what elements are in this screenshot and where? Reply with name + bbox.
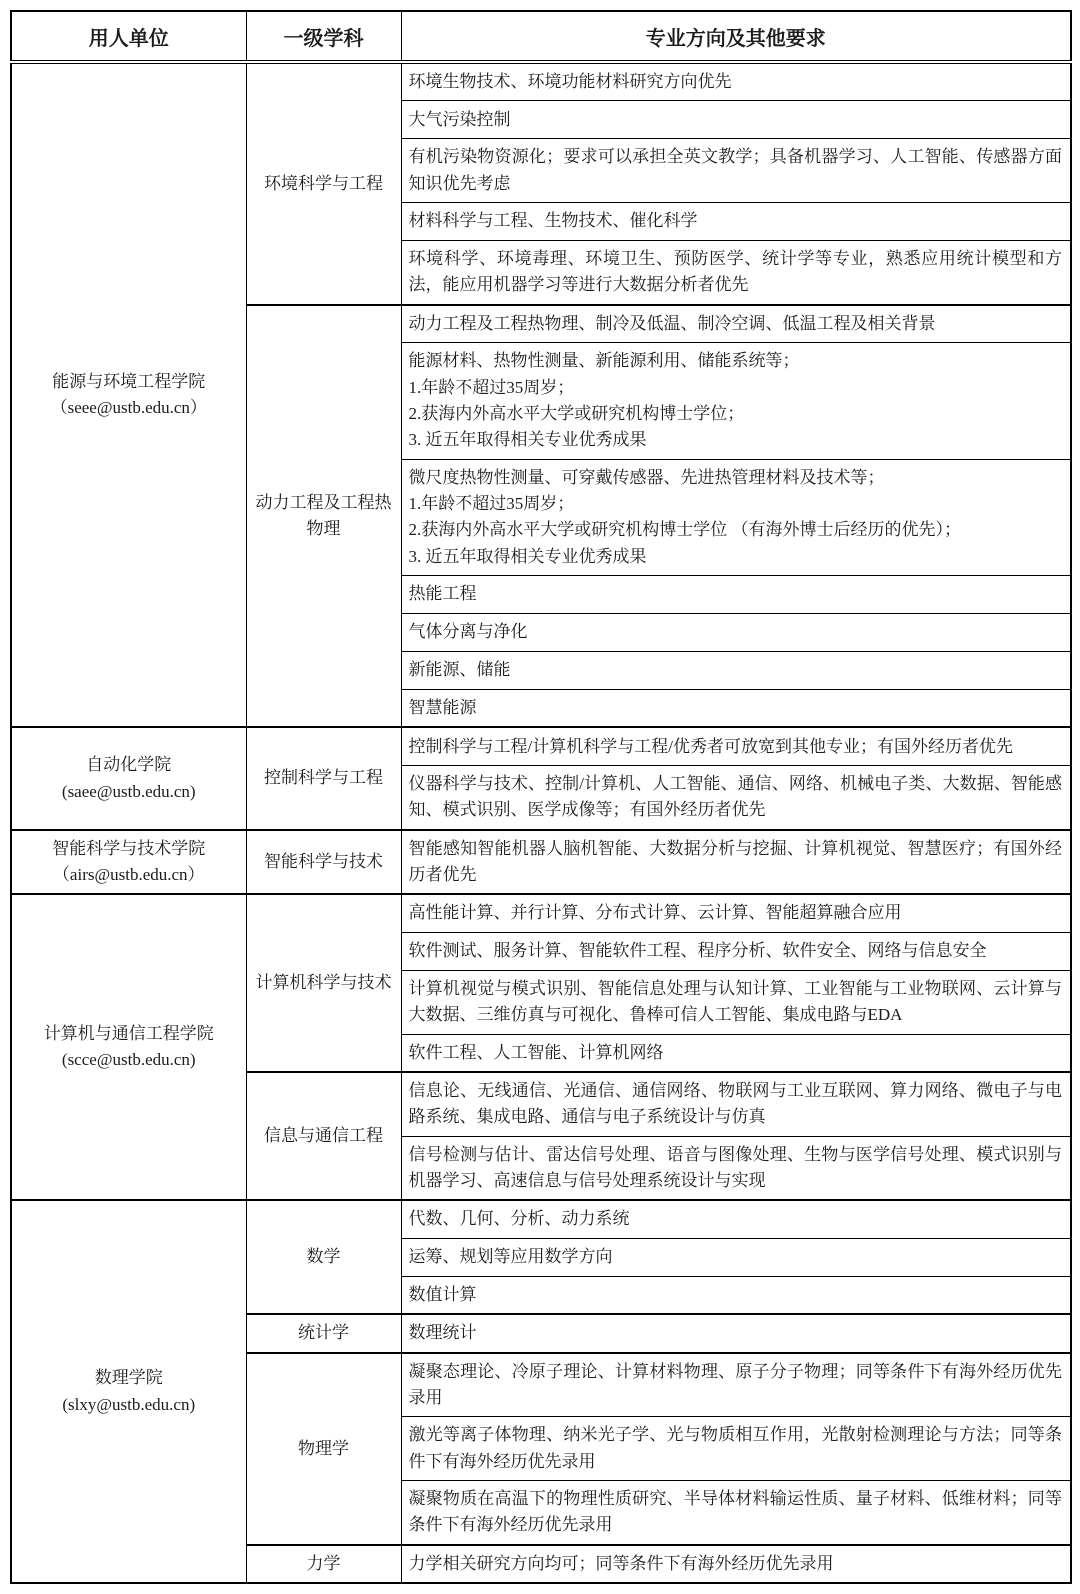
recruitment-table: 用人单位 一级学科 专业方向及其他要求 能源与环境工程学院 （seee@ustb… bbox=[10, 10, 1072, 1584]
requirement-cell: 代数、几何、分析、动力系统 bbox=[401, 1200, 1071, 1238]
requirement-cell: 计算机视觉与模式识别、智能信息处理与认知计算、工业智能与工业物联网、云计算与大数… bbox=[401, 970, 1071, 1034]
discipline-cell: 智能科学与技术 bbox=[246, 830, 401, 895]
requirement-cell: 微尺度热物性测量、可穿戴传感器、先进热管理材料及技术等； 1.年龄不超过35周岁… bbox=[401, 459, 1071, 575]
discipline-cell: 物理学 bbox=[246, 1353, 401, 1545]
table-row: 计算机与通信工程学院 (scce@ustb.edu.cn) 计算机科学与技术 高… bbox=[11, 894, 1071, 932]
table-row: 数理学院 (slxy@ustb.edu.cn) 数学 代数、几何、分析、动力系统 bbox=[11, 1200, 1071, 1238]
requirement-cell: 材料科学与工程、生物技术、催化科学 bbox=[401, 203, 1071, 241]
college-email: (slxy@ustb.edu.cn) bbox=[18, 1392, 240, 1418]
requirement-cell: 智慧能源 bbox=[401, 689, 1071, 727]
requirement-cell: 智能感知智能机器人脑机智能、大数据分析与挖掘、计算机视觉、智慧医疗；有国外经历者… bbox=[401, 830, 1071, 895]
requirement-cell: 气体分离与净化 bbox=[401, 613, 1071, 651]
requirement-cell: 能源材料、热物性测量、新能源利用、储能系统等； 1.年龄不超过35周岁； 2.获… bbox=[401, 343, 1071, 459]
requirement-cell: 数值计算 bbox=[401, 1276, 1071, 1314]
college-cell: 数理学院 (slxy@ustb.edu.cn) bbox=[11, 1200, 246, 1583]
requirement-cell: 环境科学、环境毒理、环境卫生、预防医学、统计学等专业，熟悉应用统计模型和方法，能… bbox=[401, 241, 1071, 305]
college-name: 数理学院 bbox=[18, 1365, 240, 1391]
header-employer: 用人单位 bbox=[11, 11, 246, 62]
requirement-cell: 高性能计算、并行计算、分布式计算、云计算、智能超算融合应用 bbox=[401, 894, 1071, 932]
requirement-cell: 信号检测与估计、雷达信号处理、语音与图像处理、生物与医学信号处理、模式识别与机器… bbox=[401, 1136, 1071, 1200]
requirement-cell: 大气污染控制 bbox=[401, 101, 1071, 139]
requirement-cell: 控制科学与工程/计算机科学与工程/优秀者可放宽到其他专业；有国外经历者优先 bbox=[401, 727, 1071, 765]
requirement-cell: 软件测试、服务计算、智能软件工程、程序分析、软件安全、网络与信息安全 bbox=[401, 932, 1071, 970]
discipline-cell: 计算机科学与技术 bbox=[246, 894, 401, 1072]
requirement-cell: 环境生物技术、环境功能材料研究方向优先 bbox=[401, 62, 1071, 101]
requirement-cell: 凝聚物质在高温下的物理性质研究、半导体材料输运性质、量子材料、低维材料；同等条件… bbox=[401, 1481, 1071, 1545]
discipline-cell: 信息与通信工程 bbox=[246, 1072, 401, 1200]
header-row: 用人单位 一级学科 专业方向及其他要求 bbox=[11, 11, 1071, 62]
requirement-cell: 热能工程 bbox=[401, 575, 1071, 613]
requirement-cell: 动力工程及工程热物理、制冷及低温、制冷空调、低温工程及相关背景 bbox=[401, 305, 1071, 343]
table-row: 自动化学院 (saee@ustb.edu.cn) 控制科学与工程 控制科学与工程… bbox=[11, 727, 1071, 765]
discipline-cell: 动力工程及工程热物理 bbox=[246, 305, 401, 728]
requirement-cell: 新能源、储能 bbox=[401, 651, 1071, 689]
table-row: 智能科学与技术学院 （airs@ustb.edu.cn） 智能科学与技术 智能感… bbox=[11, 830, 1071, 895]
requirement-cell: 数理统计 bbox=[401, 1314, 1071, 1352]
requirement-cell: 运筹、规划等应用数学方向 bbox=[401, 1238, 1071, 1276]
page: 用人单位 一级学科 专业方向及其他要求 能源与环境工程学院 （seee@ustb… bbox=[0, 0, 1080, 1594]
requirement-cell: 信息论、无线通信、光通信、通信网络、物联网与工业互联网、算力网络、微电子与电路系… bbox=[401, 1072, 1071, 1136]
college-email: (saee@ustb.edu.cn) bbox=[18, 779, 240, 805]
requirement-cell: 软件工程、人工智能、计算机网络 bbox=[401, 1034, 1071, 1072]
discipline-cell: 控制科学与工程 bbox=[246, 727, 401, 829]
discipline-cell: 数学 bbox=[246, 1200, 401, 1314]
college-email: （airs@ustb.edu.cn） bbox=[18, 862, 240, 888]
table-row: 能源与环境工程学院 （seee@ustb.edu.cn） 环境科学与工程 环境生… bbox=[11, 62, 1071, 101]
header-discipline: 一级学科 bbox=[246, 11, 401, 62]
college-cell: 智能科学与技术学院 （airs@ustb.edu.cn） bbox=[11, 830, 246, 895]
college-cell: 能源与环境工程学院 （seee@ustb.edu.cn） bbox=[11, 62, 246, 727]
requirement-cell: 激光等离子体物理、纳米光子学、光与物质相互作用，光散射检测理论与方法；同等条件下… bbox=[401, 1417, 1071, 1481]
header-requirements: 专业方向及其他要求 bbox=[401, 11, 1071, 62]
college-cell: 计算机与通信工程学院 (scce@ustb.edu.cn) bbox=[11, 894, 246, 1200]
college-email: （seee@ustb.edu.cn） bbox=[18, 395, 240, 421]
requirement-cell: 凝聚态理论、冷原子理论、计算材料物理、原子分子物理；同等条件下有海外经历优先录用 bbox=[401, 1353, 1071, 1417]
discipline-cell: 环境科学与工程 bbox=[246, 62, 401, 305]
college-email: (scce@ustb.edu.cn) bbox=[18, 1047, 240, 1073]
requirement-cell: 有机污染物资源化；要求可以承担全英文教学；具备机器学习、人工智能、传感器方面知识… bbox=[401, 139, 1071, 203]
college-name: 能源与环境工程学院 bbox=[18, 369, 240, 395]
college-name: 计算机与通信工程学院 bbox=[18, 1021, 240, 1047]
discipline-cell: 力学 bbox=[246, 1545, 401, 1583]
requirement-cell: 仪器科学与技术、控制/计算机、人工智能、通信、网络、机械电子类、大数据、智能感知… bbox=[401, 765, 1071, 829]
college-cell: 自动化学院 (saee@ustb.edu.cn) bbox=[11, 727, 246, 829]
college-name: 智能科学与技术学院 bbox=[18, 836, 240, 862]
college-name: 自动化学院 bbox=[18, 752, 240, 778]
requirement-cell: 力学相关研究方向均可；同等条件下有海外经历优先录用 bbox=[401, 1545, 1071, 1583]
discipline-cell: 统计学 bbox=[246, 1314, 401, 1352]
